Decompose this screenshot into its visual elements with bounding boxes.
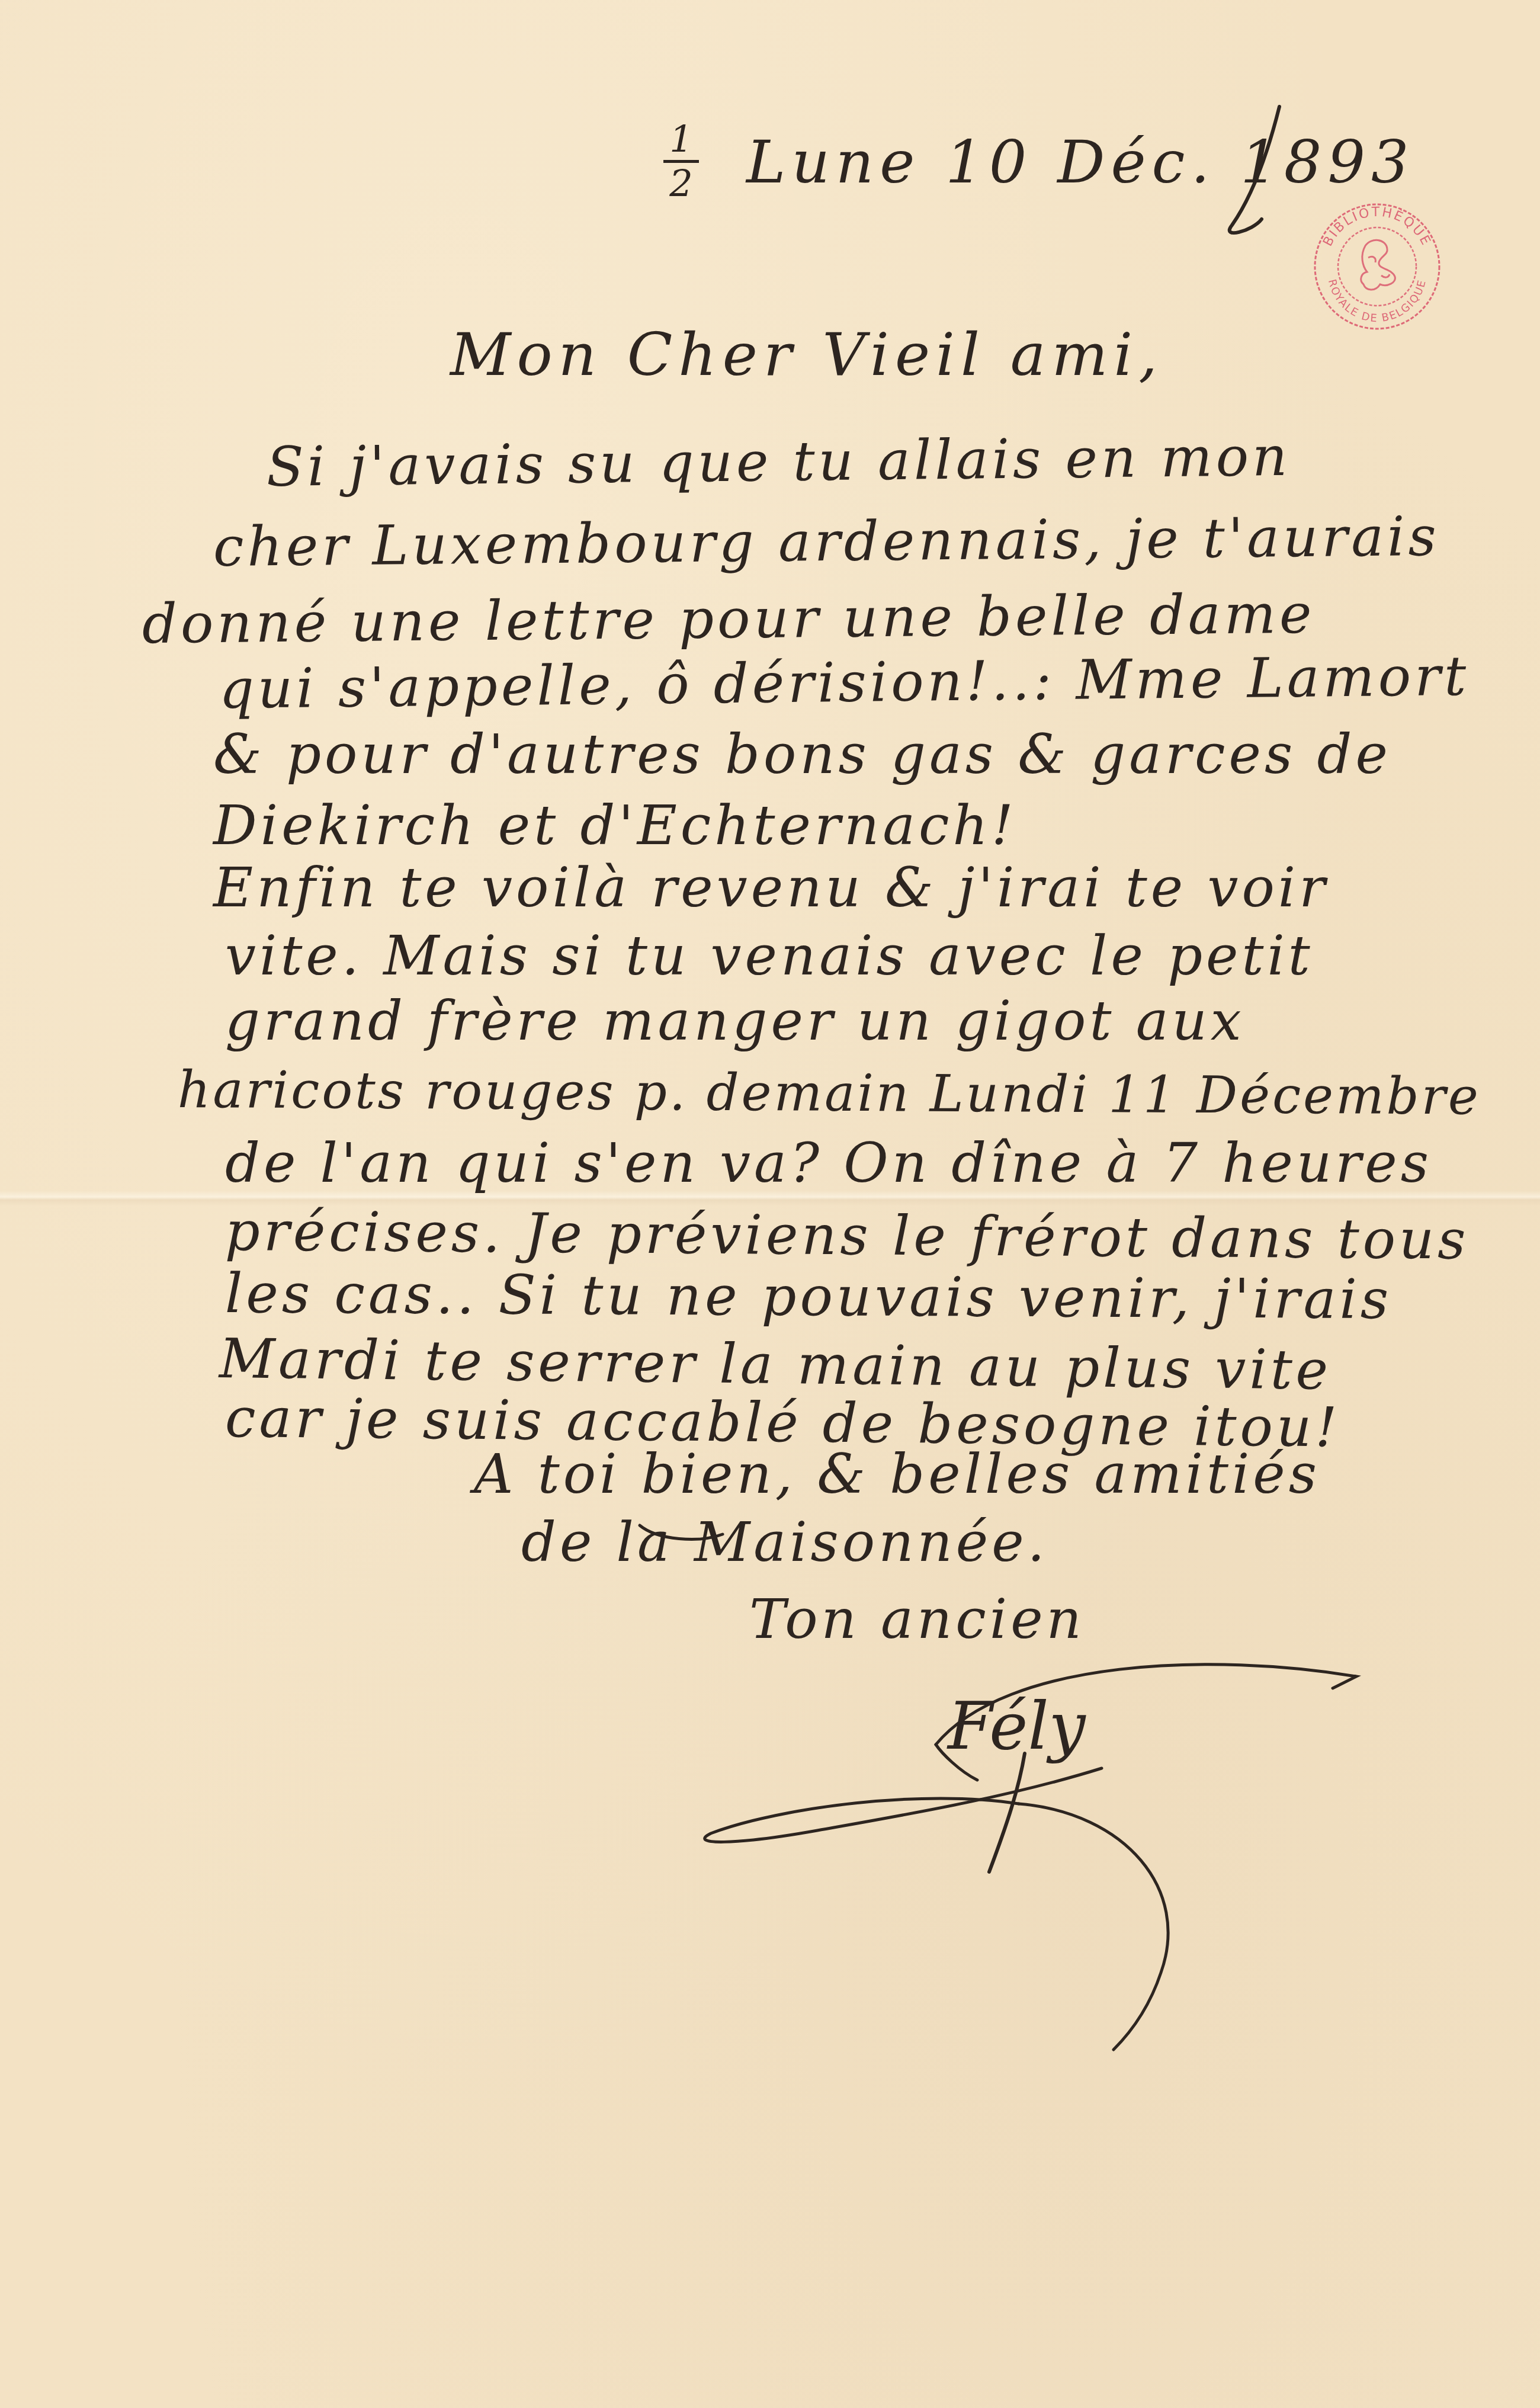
letter-line: précises. Je préviens le frérot dans tou… — [225, 1200, 1470, 1272]
closing-line: de la Maisonnée. — [521, 1511, 1048, 1574]
page-fraction-numerator: 1 — [663, 118, 699, 163]
salutation: Mon Cher Vieil ami, — [450, 320, 1163, 389]
letter-line: Enfin te voilà revenu & j'irai te voir — [213, 856, 1329, 919]
closing-line: A toi bien, & belles amitiés — [474, 1442, 1320, 1506]
letter-line: Diekirch et d'Echternach! — [213, 794, 1017, 857]
letter-page: 1 2 Lune 10 Déc. 1893 BIBLIOTHÈQUE ROYAL… — [0, 0, 1540, 2408]
letter-line: cher Luxembourg ardennais, je t'aurais — [213, 505, 1440, 579]
valediction: Ton ancien — [749, 1588, 1085, 1651]
library-stamp-icon: BIBLIOTHÈQUE ROYALE DE BELGIQUE — [1309, 198, 1445, 335]
stamp-text-top: BIBLIOTHÈQUE — [1320, 205, 1433, 249]
letter-line: donné une lettre pour une belle dame — [142, 582, 1316, 656]
letter-line: qui s'appelle, ô dérision!..: Mme Lamort — [219, 645, 1470, 721]
lion-emblem-icon — [1361, 240, 1395, 290]
place-date: Lune 10 Déc. 1893 — [746, 127, 1415, 197]
page-number-fraction: 1 2 — [663, 118, 699, 204]
page-fraction-denominator: 2 — [663, 163, 699, 204]
signature: Fély — [948, 1688, 1086, 1764]
letter-line: de l'an qui s'en va? On dîne à 7 heures — [225, 1131, 1432, 1195]
letter-line: les cas.. Si tu ne pouvais venir, j'irai… — [225, 1262, 1393, 1331]
svg-text:BIBLIOTHÈQUE: BIBLIOTHÈQUE — [1320, 205, 1433, 249]
letter-line: vite. Mais si tu venais avec le petit — [225, 924, 1314, 987]
letter-line: & pour d'autres bons gas & garces de — [213, 723, 1391, 786]
letter-line: haricots rouges p. demain Lundi 11 Décem… — [178, 1060, 1481, 1127]
letter-line: grand frère manger un gigot aux — [225, 989, 1245, 1053]
letter-line: Si j'avais su que tu allais en mon — [266, 425, 1291, 499]
